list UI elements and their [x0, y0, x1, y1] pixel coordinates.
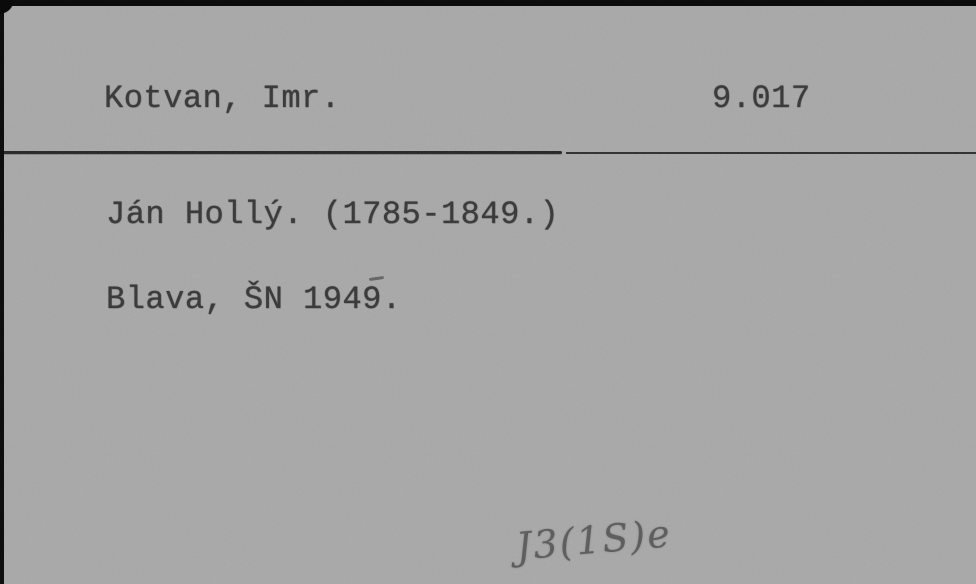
divider-segment-left [0, 151, 562, 154]
divider-segment-right [566, 152, 976, 154]
imprint-line: Blava, ŠN 1949. [106, 281, 402, 318]
scan-edge-top [0, 0, 976, 6]
author-heading: Kotvan, Imr. [104, 80, 340, 117]
title-line: Ján Hollý. (1785-1849.) [106, 196, 559, 233]
scanned-card: Kotvan, Imr. 9.017 Ján Hollý. (1785-1849… [0, 0, 976, 584]
handwritten-note: J3(1S)e [514, 511, 673, 568]
catalog-number: 9.017 [712, 80, 811, 117]
scan-edge-corner [0, 0, 16, 16]
scan-edge-left [0, 0, 4, 584]
divider-line [0, 150, 976, 156]
